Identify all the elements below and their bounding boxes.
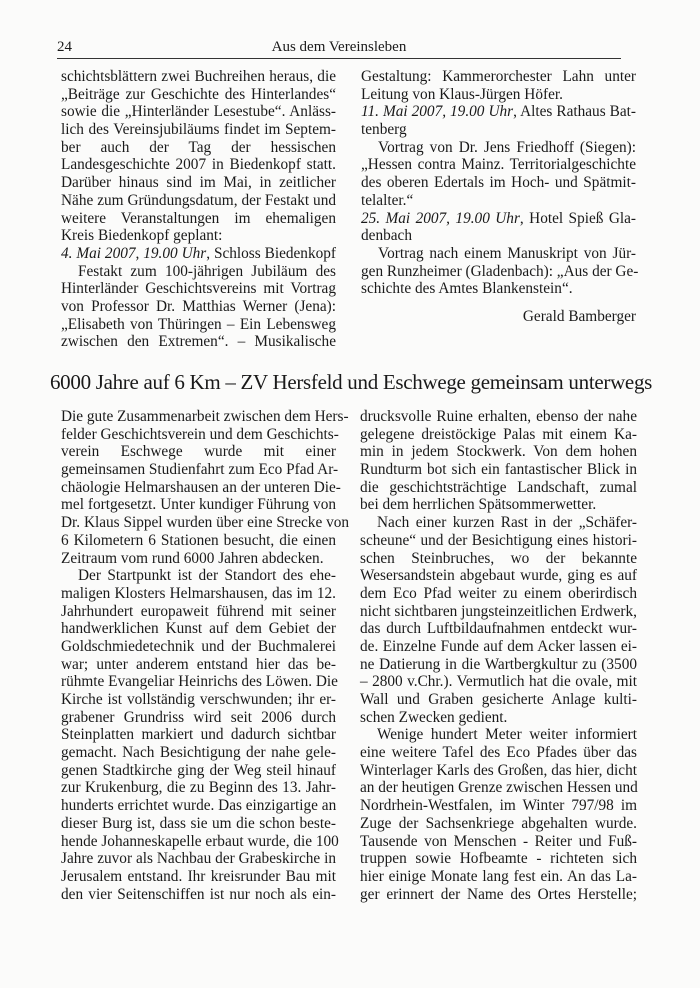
text-line: war; unter anderem entstand hier das be-: [61, 656, 336, 674]
text-line: sowie die „Hinterländer Lesestube“. Anlä…: [61, 103, 336, 121]
text-line: „Hessen contra Mainz. Territorialgeschic…: [361, 156, 636, 174]
text-line: Wesersandstein abgebaut wurde, ging es a…: [360, 567, 637, 585]
event-location: , Altes Rathaus Bat-: [513, 103, 636, 120]
text-line: tenberg: [361, 121, 636, 139]
text-line: 4. Mai 2007, 19.00 Uhr, Schloss Biedenko…: [61, 245, 336, 263]
text-line: min in jedem Stockwerk. Von dem hohen: [360, 443, 637, 461]
text-line: Dr. Klaus Sippel wurden über eine Streck…: [61, 514, 336, 532]
text-line: Darüber hinaus sind im Mai, in zeitliche…: [61, 174, 336, 192]
text-line: Jerusalem entstand. Ihr kreisrunder Bau …: [61, 868, 336, 886]
text-line: genen Stadtkirche ging der Weg steil hin…: [61, 762, 336, 780]
text-line: 6 Kilometern 6 Stationen besucht, die ei…: [61, 532, 336, 550]
text-line: gelegene dreistöckige Palas mit einem Ka…: [360, 426, 637, 444]
text-line: das durch Luftbildaufnahmen entdeckt wur…: [360, 620, 637, 638]
author-signature: Gerald Bamberger: [361, 308, 636, 326]
text-line: schen Zwecken gedient.: [360, 709, 637, 727]
event-location: , Hotel Spieß Gla-: [520, 210, 636, 227]
text-line: gen Runzheimer (Gladenbach): „Aus der Ge…: [361, 263, 636, 281]
text-line: Jahrhundert europaweit führend mit seine…: [61, 603, 336, 621]
text-line: „Elisabeth von Thüringen – Ein Lebensweg: [61, 316, 336, 334]
text-line: mel fortgesetzt. Unter kundiger Führung …: [61, 496, 336, 514]
text-line: Winterlager Karls des Großen, das hier, …: [360, 762, 637, 780]
text-line: schichte des Amtes Blankenstein“.: [361, 280, 636, 298]
text-line: truppen sowie Hofbeamte - richteten sich: [360, 850, 637, 868]
text-line: Hinterländer Geschichtsvereins mit Vortr…: [61, 280, 336, 298]
text-line: Jahre zuvor als Nachbau der Grabeskirche…: [61, 850, 336, 868]
text-line: zwischen den Extremen“. – Musikalische: [61, 333, 336, 351]
text-line: Zuge der Sachsenkriege abgehalten wurde.: [360, 815, 637, 833]
text-line: den vier Seitenschiffen ist nur noch als…: [61, 886, 336, 904]
text-line: bei dem herrlichen Spätsommerwetter.: [360, 496, 637, 514]
text-line: scheune“ und der Besichtigung eines hist…: [360, 532, 637, 550]
text-line: von Professor Dr. Matthias Werner (Jena)…: [61, 298, 336, 316]
text-line: Nach einer kurzen Rast in der „Schäfer-: [360, 514, 637, 532]
text-line: gemacht. Nach Besichtigung der nahe gele…: [61, 744, 336, 762]
text-line: Festakt zum 100-jährigen Jubiläum des: [61, 263, 336, 281]
text-line: ne Datierung in die Wartbergkultur zu (3…: [360, 656, 637, 674]
text-line: verein Eschwege wurde mit einer: [61, 443, 336, 461]
text-line: 11. Mai 2007, 19.00 Uhr, Altes Rathaus B…: [361, 103, 636, 121]
text-line: grabener Grundriss wird seit 2006 durch: [61, 709, 336, 727]
text-line: Tausende von Menschen - Reiter und Fuß-: [360, 833, 637, 851]
text-line: Kreis Biedenkopf geplant:: [61, 227, 336, 245]
text-line: Nordrhein-Westfalen, im Winter 797/98 im: [360, 797, 637, 815]
text-line: dem Eco Pfad weiter zu einem oberirdisch: [360, 585, 637, 603]
text-line: schen Steinbruches, wo der bekannte: [360, 550, 637, 568]
text-line: chäologie Helmarshausen an der unteren D…: [61, 479, 336, 497]
event-date: 4. Mai 2007, 19.00 Uhr: [61, 245, 206, 262]
running-title: Aus dem Vereinsleben: [57, 39, 621, 56]
previous-article-right-column: Gestaltung: Kammerorchester Lahn unterLe…: [361, 68, 636, 326]
text-line: Vortrag von Dr. Jens Friedhoff (Siegen):: [361, 139, 636, 157]
article-title: 6000 Jahre auf 6 Km – ZV Hersfeld und Es…: [45, 370, 657, 395]
text-line: Wall und Graben gesicherte Anlage kulti-: [360, 691, 637, 709]
text-line: telalter.“: [361, 192, 636, 210]
text-line: maligen Klosters Helmarshausen, das im 1…: [61, 585, 336, 603]
document-page: 24 Aus dem Vereinsleben schichtsblättern…: [0, 0, 700, 988]
text-line: Die gute Zusammenarbeit zwischen dem Her…: [61, 408, 336, 426]
text-line: Gestaltung: Kammerorchester Lahn unter: [361, 68, 636, 86]
previous-article-right-lines: Gestaltung: Kammerorchester Lahn unterLe…: [361, 68, 636, 298]
text-line: die geschichtsträchtige Landschaft, zuma…: [360, 479, 637, 497]
event-date: 11. Mai 2007, 19.00 Uhr: [361, 103, 513, 120]
text-line: ger erinnert der Name des Ortes Herstell…: [360, 886, 637, 904]
text-line: hende Johanneskapelle erbaut wurde, die …: [61, 833, 336, 851]
text-line: handwerklichen Kunst auf dem Gebiet der: [61, 620, 336, 638]
text-line: Leitung von Klaus-Jürgen Höfer.: [361, 86, 636, 104]
text-line: ber auch der Tag der hessischen: [61, 139, 336, 157]
text-line: „Beiträge zur Geschichte des Hinterlande…: [61, 86, 336, 104]
text-line: de. Einzelne Funde auf dem Acker lassen …: [360, 638, 637, 656]
text-line: Kirche ist vollständig verschwunden; ihr…: [61, 691, 336, 709]
text-line: Goldschmiedetechnik und der Buchmalerei: [61, 638, 336, 656]
text-line: 25. Mai 2007, 19.00 Uhr, Hotel Spieß Gla…: [361, 210, 636, 228]
text-line: denbach: [361, 227, 636, 245]
text-line: zur Krukenburg, die zu Beginn des 13. Ja…: [61, 779, 336, 797]
text-line: Landesgeschichte 2007 in Biedenkopf stat…: [61, 156, 336, 174]
previous-article-left-column: schichtsblättern zwei Buchreihen heraus,…: [61, 68, 336, 351]
text-line: an der heutigen Grenze zwischen Hessen u…: [360, 779, 637, 797]
text-line: hier einige Monate lang fest ein. An das…: [360, 868, 637, 886]
text-line: – 2800 v.Chr.). Vermutlich hat die ovale…: [360, 673, 637, 691]
text-line: Zeitraum vom rund 6000 Jahren abdecken.: [61, 550, 336, 568]
event-date: 25. Mai 2007, 19.00 Uhr: [361, 210, 520, 227]
running-header: 24 Aus dem Vereinsleben: [57, 38, 621, 59]
article-right-column: drucksvolle Ruine erhalten, ebenso der n…: [360, 408, 637, 903]
text-line: rühmte Evangeliar Heinrichs des Löwen. D…: [61, 673, 336, 691]
text-line: Rundturm bot sich ein fantastischer Blic…: [360, 461, 637, 479]
text-line: hunderts errichtet wurde. Das einzigarti…: [61, 797, 336, 815]
text-line: weitere Veranstaltungen im ehemaligen: [61, 210, 336, 228]
text-line: nicht sichtbaren jungsteinzeitlichen Erd…: [360, 603, 637, 621]
article-left-column: Die gute Zusammenarbeit zwischen dem Her…: [61, 408, 336, 903]
text-line: des oberen Edertals im Hoch- und Spätmit…: [361, 174, 636, 192]
text-line: Steinplatten markiert und dadurch sichtb…: [61, 726, 336, 744]
text-line: schichtsblättern zwei Buchreihen heraus,…: [61, 68, 336, 86]
text-line: Wenige hundert Meter weiter informiert: [360, 726, 637, 744]
text-line: Der Startpunkt ist der Standort des ehe-: [61, 567, 336, 585]
text-line: eine weitere Tafel des Eco Pfades über d…: [360, 744, 637, 762]
text-line: lich des Vereinsjubiläums findet im Sept…: [61, 121, 336, 139]
text-line: drucksvolle Ruine erhalten, ebenso der n…: [360, 408, 637, 426]
text-line: gemeinsamen Studienfahrt zum Eco Pfad Ar…: [61, 461, 336, 479]
event-location: , Schloss Biedenkopf: [206, 245, 336, 262]
text-line: dieser Burg ist, dass sie um die schon b…: [61, 815, 336, 833]
text-line: Nähe zum Gründungsdatum, der Festakt und: [61, 192, 336, 210]
text-line: Vortrag nach einem Manuskript von Jür-: [361, 245, 636, 263]
text-line: felder Geschichtsverein und dem Geschich…: [61, 426, 336, 444]
